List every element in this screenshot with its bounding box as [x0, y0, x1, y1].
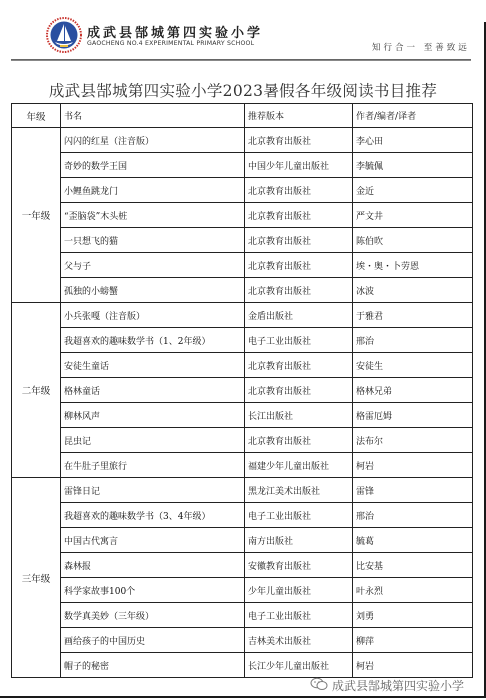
- edition-cell: 北京教育出版社: [245, 203, 353, 228]
- edition-cell: 北京教育出版社: [245, 228, 353, 253]
- author-cell: 格林兄弟: [353, 378, 473, 403]
- book-cell: 我超喜欢的趣味数学书（3、4年级）: [61, 503, 245, 528]
- edition-cell: 北京教育出版社: [245, 428, 353, 453]
- reading-list-table: 年级 书名 推荐版本 作者/编者/译者 一年级 闪闪的红星（注音版） 北京教育出…: [11, 103, 473, 678]
- author-cell: 严文井: [353, 203, 473, 228]
- book-cell: 我超喜欢的趣味数学书（1、2年级）: [61, 328, 245, 353]
- book-cell: 孤独的小螃蟹: [61, 278, 245, 303]
- author-cell: 邢治: [353, 503, 473, 528]
- book-cell: 帽子的秘密: [61, 653, 245, 678]
- school-name-cn: 成武县郜城第四实验小学: [87, 22, 263, 41]
- book-cell: 一只想飞的猫: [61, 228, 245, 253]
- author-cell: 柳萍: [353, 628, 473, 653]
- table-row: 三年级 雷锋日记 黑龙江美术出版社 雷锋: [12, 478, 473, 503]
- author-cell: 法布尔: [353, 428, 473, 453]
- author-cell: 埃・奥・卜劳恩: [353, 253, 473, 278]
- edition-cell: 电子工业出版社: [245, 603, 353, 628]
- book-cell: 在牛肚子里旅行: [61, 453, 245, 478]
- edition-cell: 安徽教育出版社: [245, 553, 353, 578]
- edition-cell: 北京教育出版社: [245, 353, 353, 378]
- wechat-watermark: 成武县郜城第四实验小学: [310, 676, 464, 694]
- author-cell: 于雅君: [353, 303, 473, 328]
- book-cell: 画给孩子的中国历史: [61, 628, 245, 653]
- author-cell: 柯岩: [353, 653, 473, 678]
- school-emblem-icon: [46, 17, 82, 53]
- table-row: 科学家故事100个 少年儿童出版社 叶永烈: [12, 578, 473, 603]
- author-cell: 叶永烈: [353, 578, 473, 603]
- edition-cell: 吉林美术出版社: [245, 628, 353, 653]
- author-cell: 安徒生: [353, 353, 473, 378]
- author-cell: 李心田: [353, 128, 473, 153]
- table-row: 帽子的秘密 长江少年儿童出版社 柯岩: [12, 653, 473, 678]
- edition-cell: 北京教育出版社: [245, 178, 353, 203]
- author-cell: 刘勇: [353, 603, 473, 628]
- edition-cell: 黑龙江美术出版社: [245, 478, 353, 503]
- author-cell: 柯岩: [353, 453, 473, 478]
- table-row: 安徒生童话 北京教育出版社 安徒生: [12, 353, 473, 378]
- letterhead-rule: [11, 59, 471, 61]
- book-cell: 柳林风声: [61, 403, 245, 428]
- author-cell: 比安基: [353, 553, 473, 578]
- page-frame-bottom-border: [0, 696, 486, 698]
- table-row: 画给孩子的中国历史 吉林美术出版社 柳萍: [12, 628, 473, 653]
- book-cell: 格林童话: [61, 378, 245, 403]
- table-row: 孤独的小螃蟹 北京教育出版社 冰波: [12, 278, 473, 303]
- edition-cell: 电子工业出版社: [245, 328, 353, 353]
- table-row: 小鲤鱼跳龙门 北京教育出版社 金近: [12, 178, 473, 203]
- table-row: 一只想飞的猫 北京教育出版社 陈伯吹: [12, 228, 473, 253]
- header-book: 书名: [61, 104, 245, 128]
- book-cell: 安徒生童话: [61, 353, 245, 378]
- table-row: “歪脑袋”木头桩 北京教育出版社 严文井: [12, 203, 473, 228]
- book-cell: “歪脑袋”木头桩: [61, 203, 245, 228]
- watermark-text: 成武县郜城第四实验小学: [332, 677, 464, 694]
- edition-cell: 北京教育出版社: [245, 278, 353, 303]
- author-cell: 雷锋: [353, 478, 473, 503]
- header-edition: 推荐版本: [245, 104, 353, 128]
- header-grade: 年级: [12, 104, 61, 128]
- author-cell: 格雷厄姆: [353, 403, 473, 428]
- edition-cell: 长江出版社: [245, 403, 353, 428]
- edition-cell: 电子工业出版社: [245, 503, 353, 528]
- book-cell: 中国古代寓言: [61, 528, 245, 553]
- document-title: 成武县郜城第四实验小学2023暑假各年级阅读书目推荐: [0, 79, 486, 101]
- edition-cell: 南方出版社: [245, 528, 353, 553]
- table-row: 一年级 闪闪的红星（注音版） 北京教育出版社 李心田: [12, 128, 473, 153]
- book-cell: 小兵张嘎（注音版）: [61, 303, 245, 328]
- table-row: 数学真美妙（三年级） 电子工业出版社 刘勇: [12, 603, 473, 628]
- edition-cell: 北京教育出版社: [245, 128, 353, 153]
- table-row: 我超喜欢的趣味数学书（3、4年级） 电子工业出版社 邢治: [12, 503, 473, 528]
- author-cell: 邢治: [353, 328, 473, 353]
- author-cell: 李毓佩: [353, 153, 473, 178]
- letterhead: 成武县郜城第四实验小学 GAOCHENG NO.4 EXPERIMENTAL P…: [0, 0, 486, 70]
- table-row: 在牛肚子里旅行 福建少年儿童出版社 柯岩: [12, 453, 473, 478]
- grade-cell: 一年级: [12, 128, 61, 303]
- edition-cell: 金盾出版社: [245, 303, 353, 328]
- table-row: 昆虫记 北京教育出版社 法布尔: [12, 428, 473, 453]
- wechat-icon: [310, 677, 332, 694]
- book-cell: 闪闪的红星（注音版）: [61, 128, 245, 153]
- edition-cell: 北京教育出版社: [245, 253, 353, 278]
- author-cell: 陈伯吹: [353, 228, 473, 253]
- book-cell: 雷锋日记: [61, 478, 245, 503]
- book-cell: 昆虫记: [61, 428, 245, 453]
- grade-cell: 三年级: [12, 478, 61, 678]
- book-cell: 父与子: [61, 253, 245, 278]
- edition-cell: 北京教育出版社: [245, 378, 353, 403]
- grade-cell: 二年级: [12, 303, 61, 478]
- table-row: 格林童话 北京教育出版社 格林兄弟: [12, 378, 473, 403]
- table-header-row: 年级 书名 推荐版本 作者/编者/译者: [12, 104, 473, 128]
- table-row: 奇妙的数学王国 中国少年儿童出版社 李毓佩: [12, 153, 473, 178]
- school-name-en: GAOCHENG NO.4 EXPERIMENTAL PRIMARY SCHOO…: [87, 40, 254, 47]
- table-row: 二年级 小兵张嘎（注音版） 金盾出版社 于雅君: [12, 303, 473, 328]
- edition-cell: 少年儿童出版社: [245, 578, 353, 603]
- book-cell: 科学家故事100个: [61, 578, 245, 603]
- book-cell: 奇妙的数学王国: [61, 153, 245, 178]
- table-row: 我超喜欢的趣味数学书（1、2年级） 电子工业出版社 邢治: [12, 328, 473, 353]
- table-row: 父与子 北京教育出版社 埃・奥・卜劳恩: [12, 253, 473, 278]
- book-cell: 数学真美妙（三年级）: [61, 603, 245, 628]
- author-cell: 毓葛: [353, 528, 473, 553]
- edition-cell: 福建少年儿童出版社: [245, 453, 353, 478]
- edition-cell: 中国少年儿童出版社: [245, 153, 353, 178]
- author-cell: 冰波: [353, 278, 473, 303]
- table-row: 中国古代寓言 南方出版社 毓葛: [12, 528, 473, 553]
- school-motto: 知行合一 至善致远: [372, 41, 470, 53]
- book-cell: 小鲤鱼跳龙门: [61, 178, 245, 203]
- table-row: 森林报 安徽教育出版社 比安基: [12, 553, 473, 578]
- header-author: 作者/编者/译者: [353, 104, 473, 128]
- edition-cell: 长江少年儿童出版社: [245, 653, 353, 678]
- author-cell: 金近: [353, 178, 473, 203]
- table-row: 柳林风声 长江出版社 格雷厄姆: [12, 403, 473, 428]
- book-cell: 森林报: [61, 553, 245, 578]
